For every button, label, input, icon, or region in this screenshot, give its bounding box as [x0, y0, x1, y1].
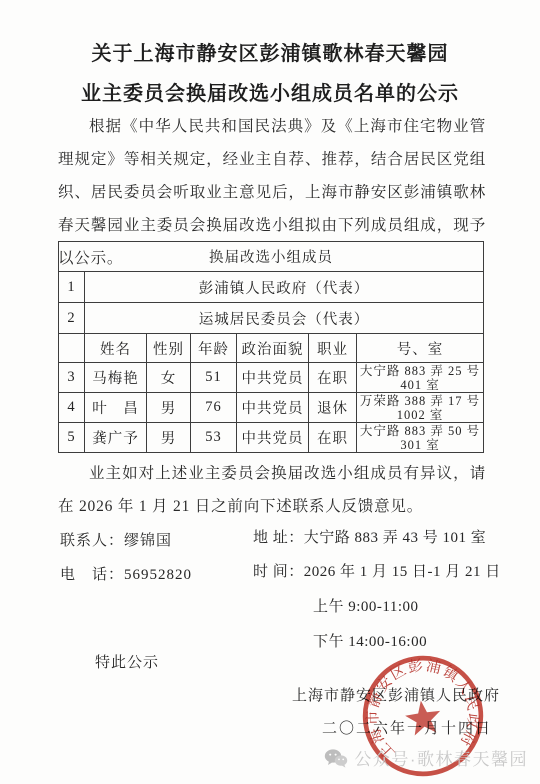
- member-address: 万荣路 388 弄 17 号 1002 室: [357, 393, 484, 423]
- address-line-2: 1002 室: [359, 408, 481, 422]
- member-age: 76: [191, 393, 237, 423]
- contact-phone-label: 电 话：: [60, 567, 124, 583]
- closing-statement: 特此公示: [95, 651, 159, 672]
- member-job: 在职: [309, 423, 357, 453]
- table-caption-row: 换届改选小组成员: [59, 242, 484, 272]
- row-number: 4: [59, 393, 85, 423]
- title-line-1: 关于上海市静安区彭浦镇歌林春天馨园: [0, 34, 540, 74]
- member-name: 龚广予: [85, 423, 147, 453]
- member-gender: 男: [147, 423, 191, 453]
- contact-phone-value: 56952820: [124, 567, 192, 583]
- header-address: 号、室: [357, 334, 484, 363]
- member-name: 叶 昌: [85, 393, 147, 423]
- members-table: 换届改选小组成员 1 彭浦镇人民政府（代表） 2 运城居民委员会（代表） 姓名 …: [58, 241, 484, 453]
- table-row: 1 彭浦镇人民政府（代表）: [59, 272, 484, 303]
- member-age: 51: [191, 363, 237, 393]
- header-age: 年龄: [191, 334, 237, 363]
- header-gender: 性别: [147, 334, 191, 363]
- table-header-row: 姓名 性别 年龄 政治面貌 职业 号、室: [59, 334, 484, 363]
- watermark-footer: 公众号·歌林春天馨园: [324, 745, 528, 770]
- contact-phone-row: 电 话：56952820: [60, 558, 192, 592]
- organization-cell: 彭浦镇人民政府（代表）: [85, 272, 484, 303]
- address-line-2: 401 室: [359, 378, 481, 392]
- wechat-icon: [324, 748, 348, 768]
- member-address: 大宁路 883 弄 25 号 401 室: [357, 363, 484, 393]
- member-gender: 女: [147, 363, 191, 393]
- contact-right-column: 地 址：大宁路 883 弄 43 号 101 室 时 间：2026 年 1 月 …: [253, 521, 501, 659]
- member-political: 中共党员: [237, 363, 309, 393]
- address-line-1: 大宁路 883 弄 50 号: [359, 424, 481, 438]
- table-row: 5 龚广予 男 53 中共党员 在职 大宁路 883 弄 50 号 301 室: [59, 423, 484, 453]
- member-job: 退休: [309, 393, 357, 423]
- contact-address-label: 地 址：: [253, 530, 304, 546]
- contact-person-label: 联系人：: [60, 533, 124, 549]
- member-address: 大宁路 883 弄 50 号 301 室: [357, 423, 484, 453]
- member-age: 53: [191, 423, 237, 453]
- contact-time-label: 时 间：: [253, 564, 304, 580]
- contact-time-row: 时 间：2026 年 1 月 15 日-1 月 21 日: [253, 555, 501, 589]
- contact-time-am: 上午 9:00-11:00: [253, 590, 501, 624]
- table-caption: 换届改选小组成员: [59, 242, 484, 272]
- row-number: 1: [59, 272, 85, 303]
- contact-person-value: 缪锦国: [124, 533, 172, 549]
- document-title: 关于上海市静安区彭浦镇歌林春天馨园 业主委员会换届改选小组成员名单的公示: [0, 34, 540, 114]
- contact-person-row: 联系人：缪锦国: [60, 524, 192, 558]
- contact-address-row: 地 址：大宁路 883 弄 43 号 101 室: [253, 521, 501, 555]
- header-political: 政治面貌: [237, 334, 309, 363]
- contact-left-column: 联系人：缪锦国 电 话：56952820: [60, 524, 192, 592]
- seal-star-icon: [403, 698, 443, 736]
- table-row: 2 运城居民委员会（代表）: [59, 303, 484, 334]
- title-line-2: 业主委员会换届改选小组成员名单的公示: [0, 74, 540, 114]
- member-job: 在职: [309, 363, 357, 393]
- contact-time-value: 2026 年 1 月 15 日-1 月 21 日: [304, 564, 501, 580]
- address-line-1: 万荣路 388 弄 17 号: [359, 394, 481, 408]
- address-line-1: 大宁路 883 弄 25 号: [359, 364, 481, 378]
- member-political: 中共党员: [237, 423, 309, 453]
- header-job: 职业: [309, 334, 357, 363]
- row-number: 3: [59, 363, 85, 393]
- organization-cell: 运城居民委员会（代表）: [85, 303, 484, 334]
- member-name: 马梅艳: [85, 363, 147, 393]
- contact-address-value: 大宁路 883 弄 43 号 101 室: [304, 530, 487, 546]
- watermark-text: 公众号·歌林春天馨园: [354, 745, 528, 770]
- header-name: 姓名: [85, 334, 147, 363]
- address-line-2: 301 室: [359, 438, 481, 452]
- member-gender: 男: [147, 393, 191, 423]
- table-row: 4 叶 昌 男 76 中共党员 退休 万荣路 388 弄 17 号 1002 室: [59, 393, 484, 423]
- document-page: 关于上海市静安区彭浦镇歌林春天馨园 业主委员会换届改选小组成员名单的公示 根据《…: [0, 0, 540, 784]
- member-political: 中共党员: [237, 393, 309, 423]
- header-empty: [59, 334, 85, 363]
- objection-paragraph: 业主如对上述业主委员会换届改选小组成员有异议，请在 2026 年 1 月 21 …: [58, 457, 486, 523]
- table-row: 3 马梅艳 女 51 中共党员 在职 大宁路 883 弄 25 号 401 室: [59, 363, 484, 393]
- row-number: 5: [59, 423, 85, 453]
- row-number: 2: [59, 303, 85, 334]
